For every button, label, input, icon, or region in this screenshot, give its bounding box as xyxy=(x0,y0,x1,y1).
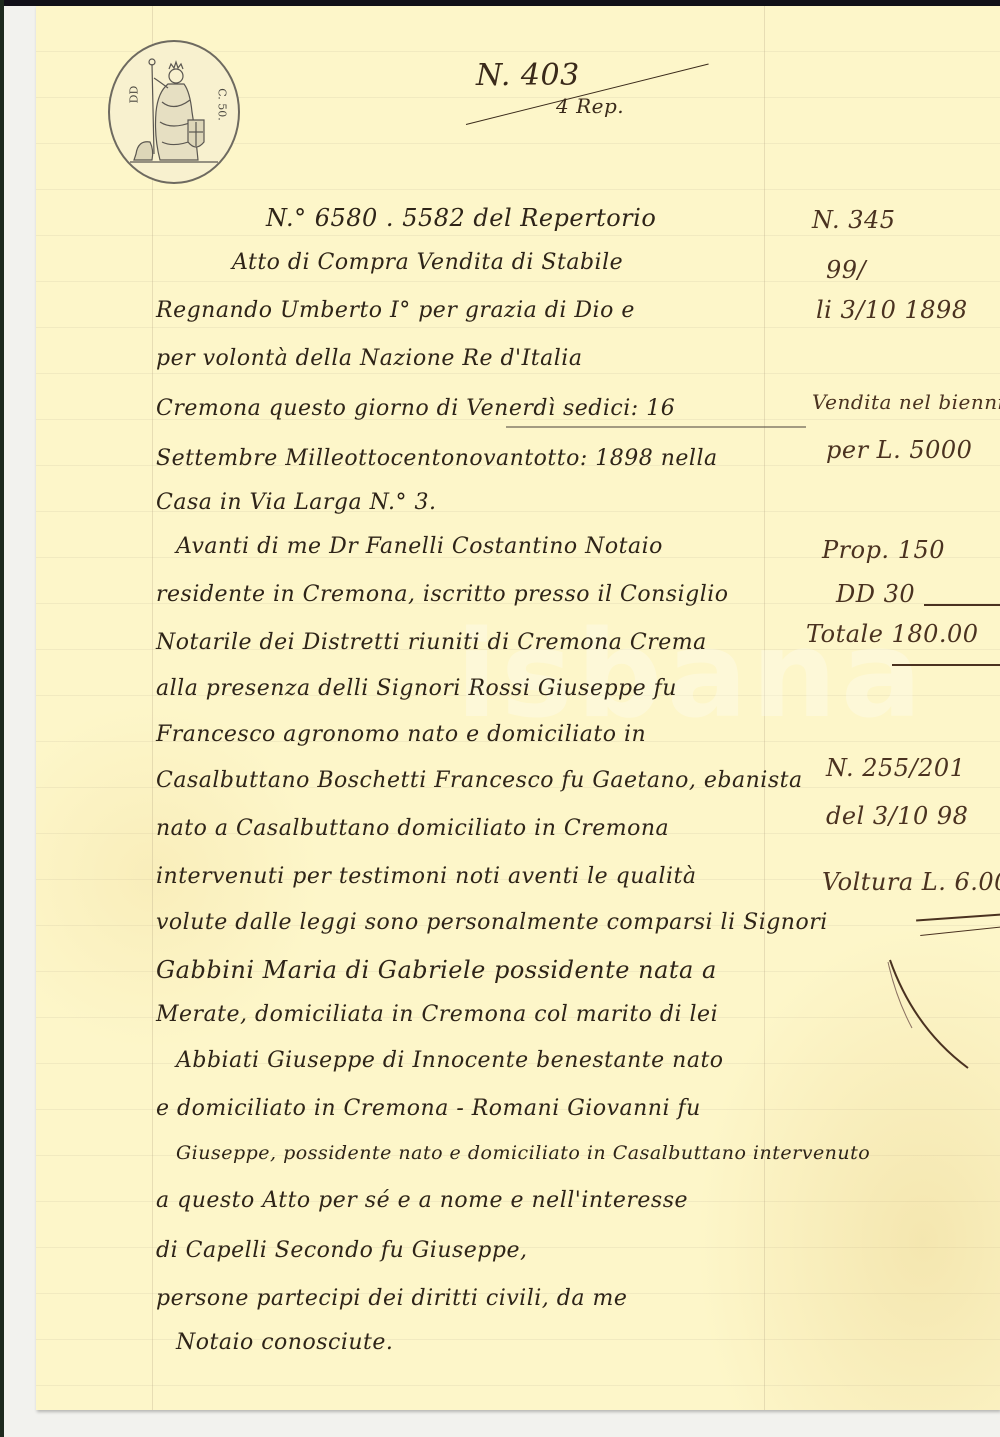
body-line: Settembre Milleottocentonovantotto: 1898… xyxy=(156,446,718,471)
scan-frame: isbana xyxy=(0,0,1000,1437)
margin-note-date: li 3/10 1898 xyxy=(816,296,968,324)
reference-number: N. 403 xyxy=(476,58,580,93)
body-line: Casa in Via Larga N.° 3. xyxy=(156,490,436,515)
margin-note-fee-2: DD 30 xyxy=(836,580,915,608)
body-line: a questo Atto per sé e a nome e nell'int… xyxy=(156,1188,688,1213)
scan-left-border xyxy=(0,0,4,1437)
body-line: alla presenza delli Signori Rossi Giusep… xyxy=(156,676,677,701)
body-line: Merate, domiciliata in Cremona col marit… xyxy=(156,1002,718,1027)
margin-closing-rule-2 xyxy=(920,925,1000,936)
left-margin-rule xyxy=(152,6,153,1410)
body-line-repertorio: N.° 6580 . 5582 del Repertorio xyxy=(266,204,656,232)
margin-note-sale: Vendita nel biennio xyxy=(812,390,1000,414)
right-margin-rule xyxy=(764,6,765,1410)
margin-note-total: Totale 180.00 xyxy=(806,620,979,648)
body-line: e domiciliato in Cremona - Romani Giovan… xyxy=(156,1096,701,1121)
body-line: Casalbuttano Boschetti Francesco fu Gaet… xyxy=(156,768,803,793)
body-line-title: Atto di Compra Vendita di Stabile xyxy=(232,250,623,275)
reference-sub: 4 Rep. xyxy=(556,94,624,118)
margin-note-fraction: 99/ xyxy=(826,256,866,284)
body-line: Abbiati Giuseppe di Innocente benestante… xyxy=(176,1048,724,1073)
stamp-left-text: DD xyxy=(128,75,141,115)
date-underline xyxy=(506,426,806,428)
body-line: residente in Cremona, iscritto presso il… xyxy=(156,582,729,607)
margin-total-rule xyxy=(892,664,1000,666)
margin-note-registration: N. 255/201 xyxy=(826,754,965,782)
body-line: nato a Casalbuttano domiciliato in Cremo… xyxy=(156,816,669,841)
body-line: Notarile dei Distretti riuniti di Cremon… xyxy=(156,630,707,655)
body-line: Cremona questo giorno di Venerdì sedici:… xyxy=(156,396,675,421)
body-line: Avanti di me Dr Fanelli Costantino Notai… xyxy=(176,534,663,559)
margin-note-fee-1: Prop. 150 xyxy=(822,536,945,564)
closing-pen-stroke xyxy=(884,958,984,1078)
body-line: per volontà della Nazione Re d'Italia xyxy=(156,346,582,371)
stamp-value-text: C. 50. xyxy=(216,85,229,125)
margin-note-voltura: Voltura L. 6.00 xyxy=(822,868,1000,896)
body-line: volute dalle leggi sono personalmente co… xyxy=(156,910,828,935)
body-line: Francesco agronomo nato e domiciliato in xyxy=(156,722,646,747)
document-page: isbana xyxy=(36,6,1000,1410)
margin-note-registration-date: del 3/10 98 xyxy=(826,802,968,830)
body-line: Regnando Umberto I° per grazia di Dio e xyxy=(156,298,635,323)
body-line: intervenuti per testimoni noti aventi le… xyxy=(156,864,697,889)
body-line-closing: Notaio conosciute. xyxy=(176,1330,393,1355)
margin-note-number: N. 345 xyxy=(812,206,896,234)
body-line: Gabbini Maria di Gabriele possidente nat… xyxy=(156,956,717,984)
margin-sum-rule xyxy=(924,604,1000,606)
body-line: Giuseppe, possidente nato e domiciliato … xyxy=(176,1142,870,1164)
body-line: persone partecipi dei diritti civili, da… xyxy=(156,1286,627,1311)
margin-closing-rule xyxy=(916,913,1000,922)
body-line: di Capelli Secondo fu Giuseppe, xyxy=(156,1238,528,1263)
margin-note-amount: per L. 5000 xyxy=(826,436,972,464)
revenue-stamp: DD C. 50. xyxy=(108,40,240,184)
